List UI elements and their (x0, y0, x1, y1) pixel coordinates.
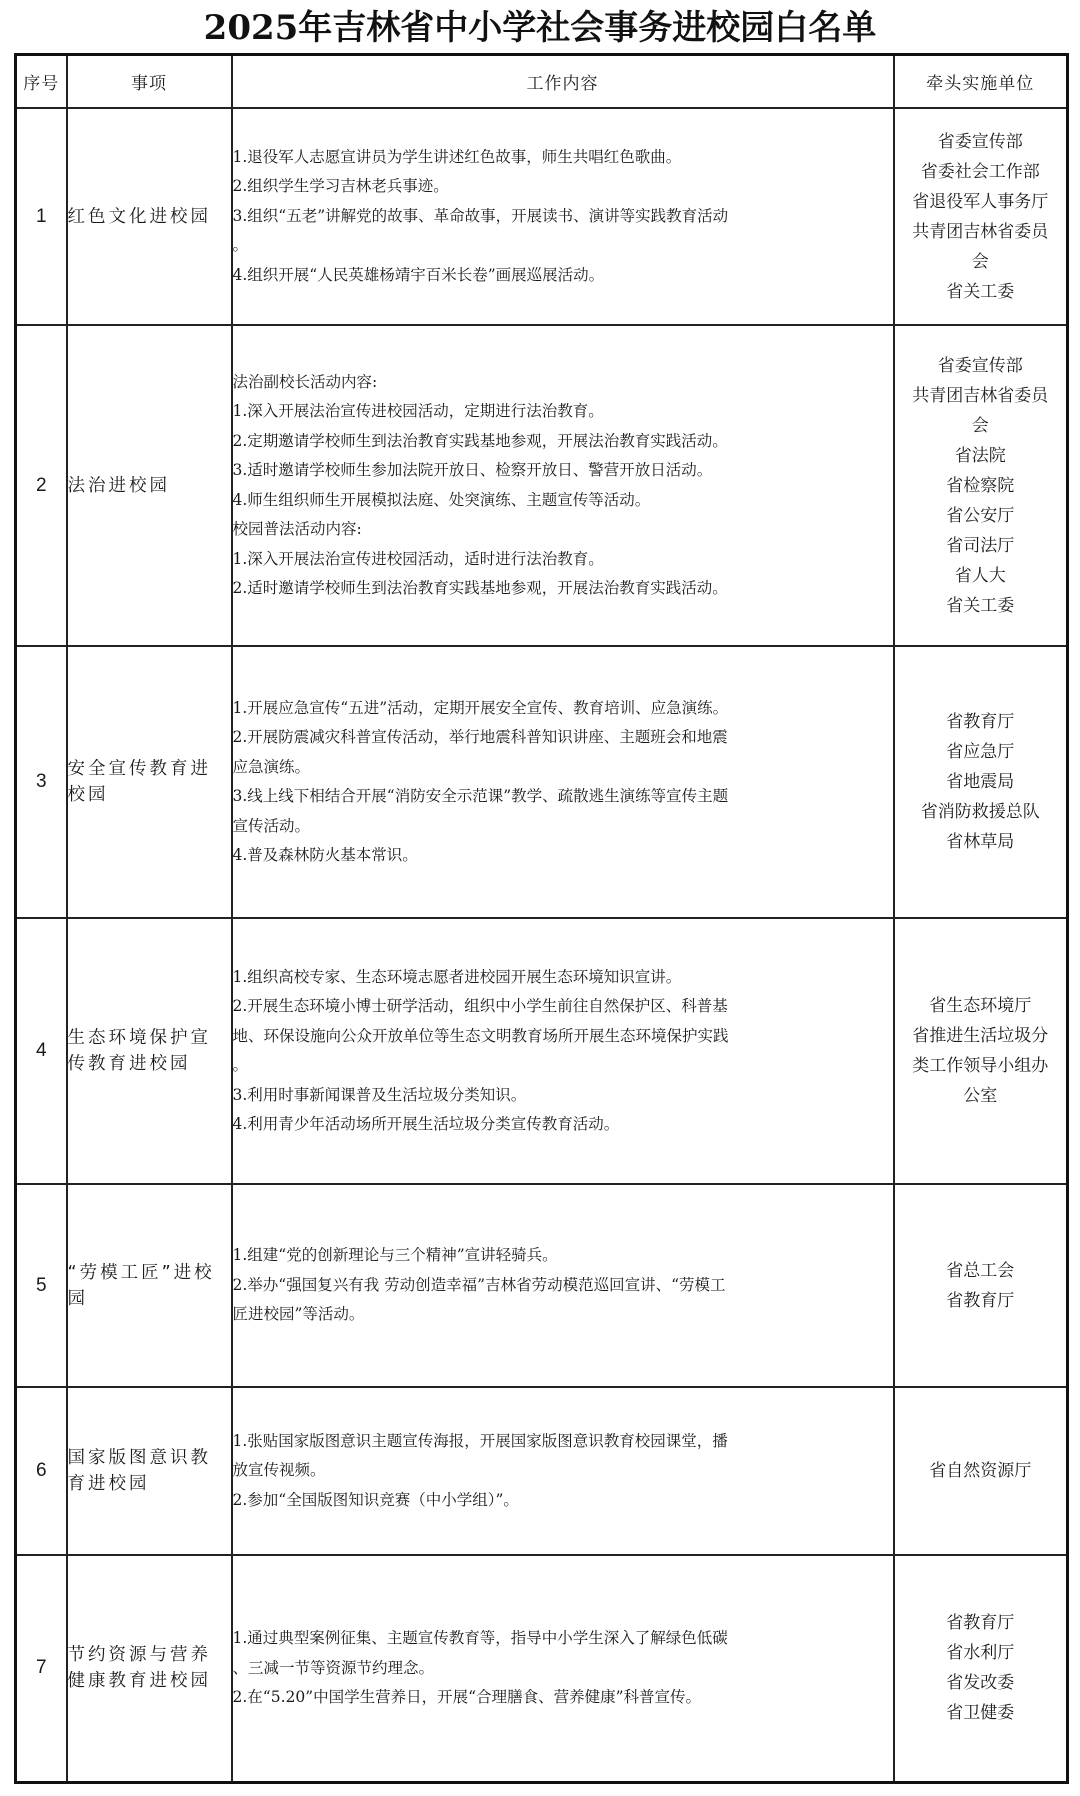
row-lead-units: 省生态环境厅省推进生活垃圾分类工作领导小组办公室 (894, 918, 1068, 1184)
row-item: 安全宣传教育进校园 (67, 646, 232, 918)
content-line: 3.组织“五老”讲解党的故事、革命故事，开展读书、演讲等实践教育活动 (233, 202, 893, 232)
row-lead-units: 省教育厅省应急厅省地震局省消防救援总队省林草局 (894, 646, 1068, 918)
content-line: 2.定期邀请学校师生到法治教育实践基地参观，开展法治教育实践活动。 (233, 427, 893, 457)
content-line: 宣传活动。 (233, 812, 893, 842)
lead-unit: 省生态环境厅 (895, 991, 1067, 1021)
lead-unit: 省发改委 (895, 1668, 1067, 1698)
content-line: 2.开展生态环境小博士研学活动，组织中小学生前往自然保护区、科普基 (233, 992, 893, 1022)
content-line: 、三减一节等资源节约理念。 (233, 1654, 893, 1684)
lead-unit: 省消防救援总队 (895, 797, 1067, 827)
row-lead-units: 省自然资源厅 (894, 1387, 1068, 1555)
table-row: 7节约资源与营养健康教育进校园1.通过典型案例征集、主题宣传教育等，指导中小学生… (16, 1555, 1068, 1782)
lead-unit: 省教育厅 (895, 1286, 1067, 1316)
content-line: 1.深入开展法治宣传进校园活动，定期进行法治教育。 (233, 397, 893, 427)
content-line: 2.参加“全国版图知识竞赛（中小学组）”。 (233, 1486, 893, 1516)
content-line: 法治副校长活动内容: (233, 368, 893, 398)
content-line: 2.开展防震减灾科普宣传活动，举行地震科普知识讲座、主题班会和地震 (233, 723, 893, 753)
row-item: 红色文化进校园 (67, 108, 232, 325)
row-seq: 4 (16, 918, 67, 1184)
content-line: 2.适时邀请学校师生到法治教育实践基地参观，开展法治教育实践活动。 (233, 574, 893, 604)
content-line: 1.组织高校专家、生态环境志愿者进校园开展生态环境知识宣讲。 (233, 963, 893, 993)
whitelist-table: 序号 事项 工作内容 牵头实施单位 1红色文化进校园1.退役军人志愿宣讲员为学生… (14, 53, 1069, 1784)
lead-unit: 省自然资源厅 (895, 1456, 1067, 1486)
content-line: 3.利用时事新闻课普及生活垃圾分类知识。 (233, 1081, 893, 1111)
row-lead-units: 省委宣传部共青团吉林省委员会省法院省检察院省公安厅省司法厅省人大省关工委 (894, 325, 1068, 646)
table-row: 4生态环境保护宣传教育进校园1.组织高校专家、生态环境志愿者进校园开展生态环境知… (16, 918, 1068, 1184)
table-row: 3安全宣传教育进校园1.开展应急宣传“五进”活动，定期开展安全宣传、教育培训、应… (16, 646, 1068, 918)
row-item: 法治进校园 (67, 325, 232, 646)
lead-unit: 会 (895, 247, 1067, 277)
row-content: 1.组织高校专家、生态环境志愿者进校园开展生态环境知识宣讲。2.开展生态环境小博… (232, 918, 894, 1184)
row-content: 1.张贴国家版图意识主题宣传海报，开展国家版图意识教育校园课堂，播放宣传视频。2… (232, 1387, 894, 1555)
content-line: 1.退役军人志愿宣讲员为学生讲述红色故事，师生共唱红色歌曲。 (233, 143, 893, 173)
content-line: 1.通过典型案例征集、主题宣传教育等，指导中小学生深入了解绿色低碳 (233, 1624, 893, 1654)
row-lead-units: 省委宣传部省委社会工作部省退役军人事务厅共青团吉林省委员会省关工委 (894, 108, 1068, 325)
content-line: 1.开展应急宣传“五进”活动，定期开展安全宣传、教育培训、应急演练。 (233, 694, 893, 724)
lead-unit: 省教育厅 (895, 1608, 1067, 1638)
table-row: 2法治进校园法治副校长活动内容:1.深入开展法治宣传进校园活动，定期进行法治教育… (16, 325, 1068, 646)
content-line: 校园普法活动内容: (233, 515, 893, 545)
row-seq: 7 (16, 1555, 67, 1782)
lead-unit: 共青团吉林省委员 (895, 381, 1067, 411)
content-line: 。 (233, 1051, 893, 1081)
row-lead-units: 省教育厅省水利厅省发改委省卫健委 (894, 1555, 1068, 1782)
content-line: 放宣传视频。 (233, 1456, 893, 1486)
content-line: 2.组织学生学习吉林老兵事迹。 (233, 172, 893, 202)
row-seq: 5 (16, 1184, 67, 1387)
lead-unit: 省地震局 (895, 767, 1067, 797)
row-item: 生态环境保护宣传教育进校园 (67, 918, 232, 1184)
lead-unit: 省关工委 (895, 277, 1067, 307)
lead-unit: 省委宣传部 (895, 351, 1067, 381)
lead-unit: 省退役军人事务厅 (895, 187, 1067, 217)
content-line: 。 (233, 231, 893, 261)
content-line: 匠进校园”等活动。 (233, 1300, 893, 1330)
lead-unit: 省卫健委 (895, 1698, 1067, 1728)
content-line: 4.利用青少年活动场所开展生活垃圾分类宣传教育活动。 (233, 1110, 893, 1140)
row-item: “劳模工匠”进校园 (67, 1184, 232, 1387)
content-line: 4.普及森林防火基本常识。 (233, 841, 893, 871)
row-lead-units: 省总工会省教育厅 (894, 1184, 1068, 1387)
content-line: 1.组建“党的创新理论与三个精神”宣讲轻骑兵。 (233, 1241, 893, 1271)
lead-unit: 省法院 (895, 441, 1067, 471)
lead-unit: 省教育厅 (895, 707, 1067, 737)
content-line: 2.在“5.20”中国学生营养日，开展“合理膳食、营养健康”科普宣传。 (233, 1683, 893, 1713)
lead-unit: 省司法厅 (895, 531, 1067, 561)
lead-unit: 省人大 (895, 561, 1067, 591)
lead-unit: 省推进生活垃圾分 (895, 1021, 1067, 1051)
table-header-row: 序号 事项 工作内容 牵头实施单位 (16, 55, 1068, 109)
row-content: 1.退役军人志愿宣讲员为学生讲述红色故事，师生共唱红色歌曲。2.组织学生学习吉林… (232, 108, 894, 325)
lead-unit: 省关工委 (895, 591, 1067, 621)
lead-unit: 省公安厅 (895, 501, 1067, 531)
lead-unit: 省委宣传部 (895, 127, 1067, 157)
document-title: 2025年吉林省中小学社会事务进校园白名单 (0, 6, 1080, 50)
content-line: 1.深入开展法治宣传进校园活动，适时进行法治教育。 (233, 545, 893, 575)
content-line: 3.适时邀请学校师生参加法院开放日、检察开放日、警营开放日活动。 (233, 456, 893, 486)
lead-unit: 共青团吉林省委员 (895, 217, 1067, 247)
header-item: 事项 (67, 55, 232, 109)
table-row: 1红色文化进校园1.退役军人志愿宣讲员为学生讲述红色故事，师生共唱红色歌曲。2.… (16, 108, 1068, 325)
row-seq: 1 (16, 108, 67, 325)
lead-unit: 公室 (895, 1081, 1067, 1111)
table-row: 6国家版图意识教育进校园1.张贴国家版图意识主题宣传海报，开展国家版图意识教育校… (16, 1387, 1068, 1555)
row-content: 法治副校长活动内容:1.深入开展法治宣传进校园活动，定期进行法治教育。2.定期邀… (232, 325, 894, 646)
lead-unit: 省林草局 (895, 827, 1067, 857)
lead-unit: 省水利厅 (895, 1638, 1067, 1668)
header-content: 工作内容 (232, 55, 894, 109)
header-seq: 序号 (16, 55, 67, 109)
content-line: 1.张贴国家版图意识主题宣传海报，开展国家版图意识教育校园课堂，播 (233, 1427, 893, 1457)
lead-unit: 省应急厅 (895, 737, 1067, 767)
lead-unit: 省总工会 (895, 1256, 1067, 1286)
content-line: 3.线上线下相结合开展“消防安全示范课”教学、疏散逃生演练等宣传主题 (233, 782, 893, 812)
row-seq: 2 (16, 325, 67, 646)
row-item: 国家版图意识教育进校园 (67, 1387, 232, 1555)
row-content: 1.组建“党的创新理论与三个精神”宣讲轻骑兵。2.举办“强国复兴有我 劳动创造幸… (232, 1184, 894, 1387)
content-line: 应急演练。 (233, 753, 893, 783)
table-row: 5“劳模工匠”进校园1.组建“党的创新理论与三个精神”宣讲轻骑兵。2.举办“强国… (16, 1184, 1068, 1387)
lead-unit: 会 (895, 411, 1067, 441)
row-item: 节约资源与营养健康教育进校园 (67, 1555, 232, 1782)
content-line: 4.组织开展“人民英雄杨靖宇百米长卷”画展巡展活动。 (233, 261, 893, 291)
lead-unit: 类工作领导小组办 (895, 1051, 1067, 1081)
content-line: 2.举办“强国复兴有我 劳动创造幸福”吉林省劳动模范巡回宣讲、“劳模工 (233, 1271, 893, 1301)
lead-unit: 省检察院 (895, 471, 1067, 501)
row-seq: 6 (16, 1387, 67, 1555)
content-line: 地、环保设施向公众开放单位等生态文明教育场所开展生态环境保护实践 (233, 1022, 893, 1052)
row-content: 1.开展应急宣传“五进”活动，定期开展安全宣传、教育培训、应急演练。2.开展防震… (232, 646, 894, 918)
row-content: 1.通过典型案例征集、主题宣传教育等，指导中小学生深入了解绿色低碳、三减一节等资… (232, 1555, 894, 1782)
row-seq: 3 (16, 646, 67, 918)
content-line: 4.师生组织师生开展模拟法庭、处突演练、主题宣传等活动。 (233, 486, 893, 516)
header-units: 牵头实施单位 (894, 55, 1068, 109)
lead-unit: 省委社会工作部 (895, 157, 1067, 187)
